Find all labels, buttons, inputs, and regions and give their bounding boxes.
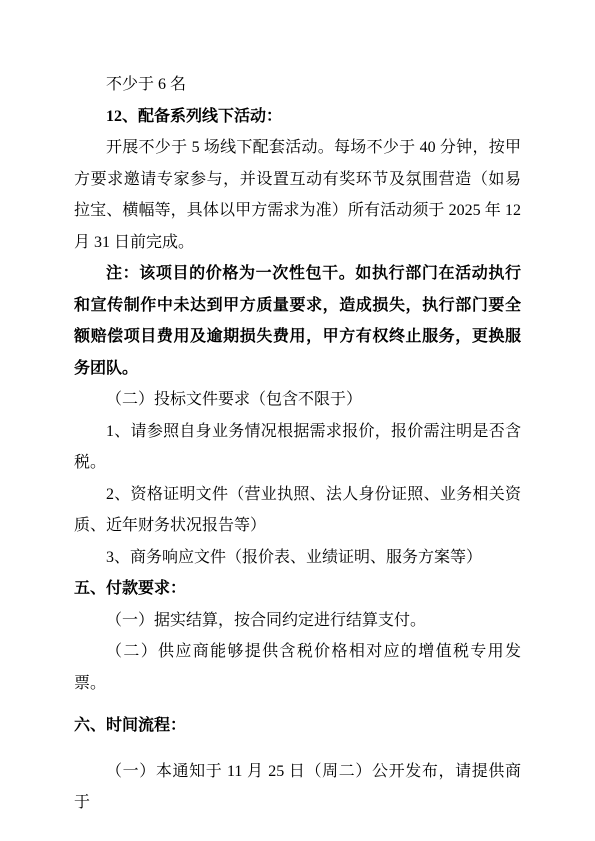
para-req-3-business-response: 3、商务响应文件（报价表、业绩证明、服务方案等） bbox=[74, 542, 521, 574]
para-timeline-1-notice-release: （一）本通知于 11 月 25 日（周二）公开发布，请提供商于 bbox=[74, 756, 521, 819]
heading-item-12-offline-activities: 12、配备系列线下活动： bbox=[74, 101, 521, 133]
para-min-6-people: 不少于 6 名 bbox=[74, 69, 521, 101]
document-page: 不少于 6 名 12、配备系列线下活动： 开展不少于 5 场线下配套活动。每场不… bbox=[0, 0, 595, 841]
para-payment-1-settlement: （一）据实结算，按合同约定进行结算支付。 bbox=[74, 605, 521, 637]
para-req-2-qualification-docs: 2、资格证明文件（营业执照、法人身份证照、业务相关资质、近年财务状况报告等） bbox=[74, 479, 521, 542]
para-bid-document-requirements: （二）投标文件要求（包含不限于） bbox=[74, 384, 521, 416]
heading-section-6-timeline: 六、时间流程： bbox=[74, 710, 521, 742]
para-req-1-quotation: 1、请参照自身业务情况根据需求报价，报价需注明是否含税。 bbox=[74, 416, 521, 479]
para-offline-activities-detail: 开展不少于 5 场线下配套活动。每场不少于 40 分钟，按甲方要求邀请专家参与，… bbox=[74, 132, 521, 258]
heading-section-5-payment: 五、付款要求： bbox=[74, 573, 521, 605]
para-payment-2-vat-invoice: （二）供应商能够提供含税价格相对应的增值税专用发票。 bbox=[74, 636, 521, 699]
para-note-lump-sum-price: 注：该项目的价格为一次性包干。如执行部门在活动执行和宣传制作中未达到甲方质量要求… bbox=[74, 258, 521, 384]
